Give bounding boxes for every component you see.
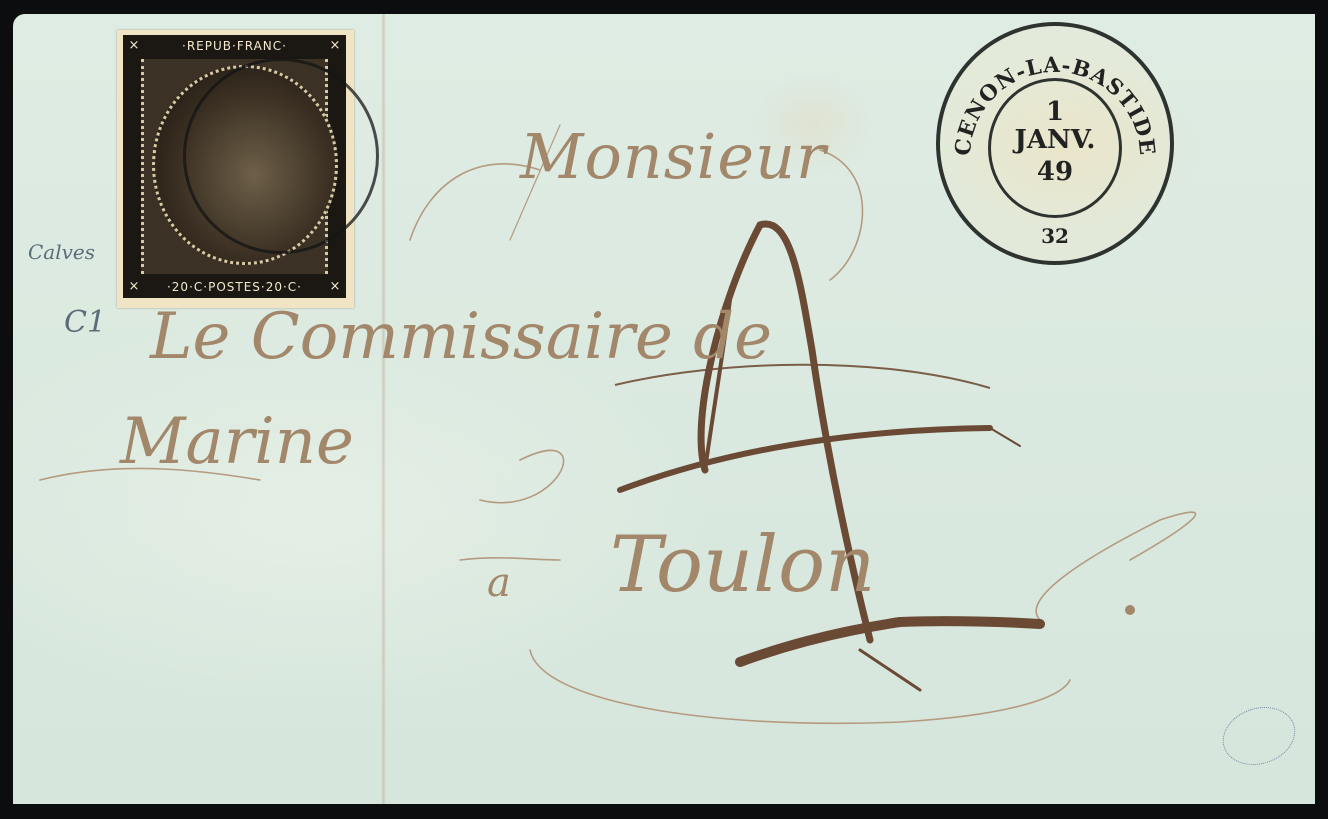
stamp-cancellation-postmark [183, 58, 379, 254]
stamp-corner-cross-icon: × [326, 37, 344, 55]
address-line-marine: Marine [120, 405, 354, 479]
address-line-prefix: a [487, 560, 511, 606]
stamp-bottom-inscription: ·20·C·POSTES·20·C· [145, 277, 324, 297]
address-line-commissaire: Le Commissaire de [150, 300, 772, 374]
stamp-top-inscription: ·REPUB·FRANC· [145, 36, 324, 56]
stamp-corner-cross-icon: × [125, 37, 143, 55]
postmark-year: 49 [991, 157, 1119, 187]
postmark-date-circle: 1 JANV. 49 [988, 78, 1122, 218]
pencil-note-1: Calves [28, 240, 95, 264]
postmark-month: JANV. [991, 125, 1119, 155]
address-line-monsieur: Monsieur [520, 120, 827, 193]
address-line-toulon: Toulon [610, 520, 875, 610]
postmark-day: 1 [991, 97, 1119, 127]
stamp-corner-cross-icon: × [326, 278, 344, 296]
stamp-corner-cross-icon: × [125, 278, 143, 296]
postmark-department: 32 [940, 224, 1170, 248]
date-postmark: CENON-LA-BASTIDE 1 JANV. 49 32 [936, 22, 1174, 265]
pencil-note-2: C1 [64, 305, 106, 340]
